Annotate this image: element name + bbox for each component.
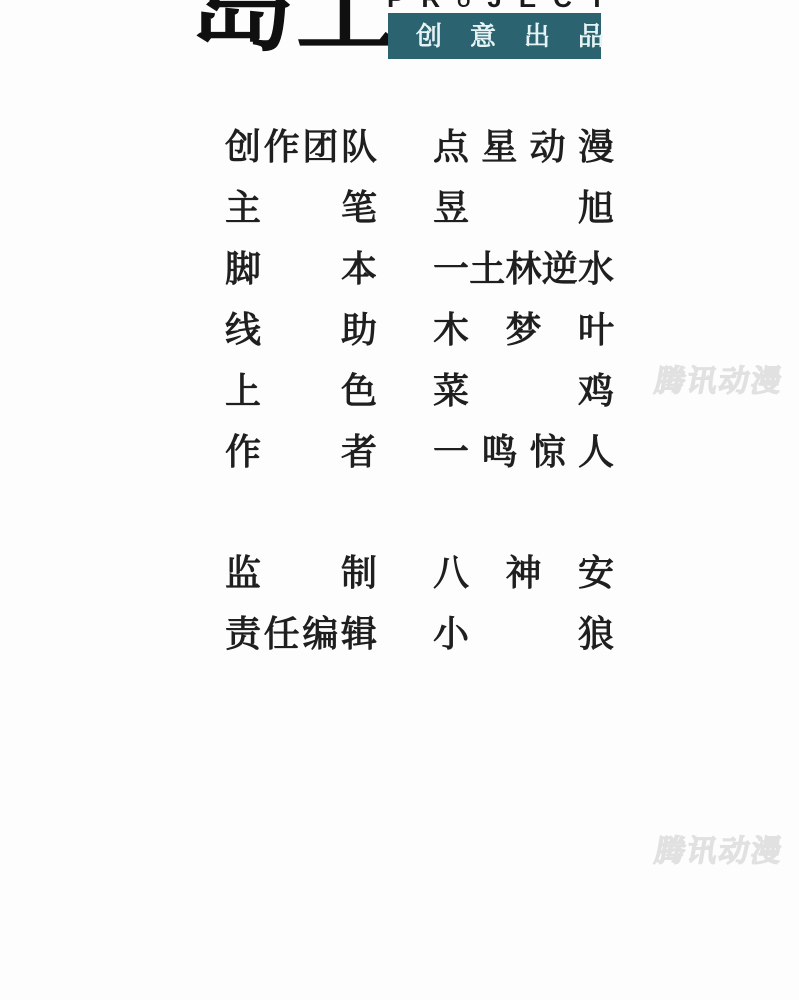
credit-role-label: 作者 bbox=[225, 422, 377, 482]
credit-person-name: 八神安 bbox=[433, 543, 614, 603]
comic-credits-page: 岛上 PROJECT 创意出品 创作团队点星动漫主笔昱旭脚本一土林逆水线助木梦叶… bbox=[0, 0, 799, 1000]
logo-project-suffix: JECT bbox=[487, 0, 621, 13]
logo-title: 岛上 bbox=[190, 0, 402, 58]
credit-role-label: 上色 bbox=[225, 361, 377, 421]
credit-row: 监制八神安 bbox=[225, 543, 614, 603]
credit-person-name: 昱旭 bbox=[433, 178, 614, 238]
credit-person-name: 菜鸡 bbox=[433, 361, 614, 421]
credit-row: 责任编辑小狼 bbox=[225, 604, 614, 664]
credit-person-name: 点星动漫 bbox=[433, 117, 614, 177]
credit-row: 脚本一土林逆水 bbox=[225, 239, 614, 299]
credit-row: 作者一鸣惊人 bbox=[225, 422, 614, 482]
credit-row: 创作团队点星动漫 bbox=[225, 117, 614, 177]
credit-role-label: 脚本 bbox=[225, 239, 377, 299]
credit-role-label: 监制 bbox=[225, 543, 377, 603]
logo-badge: 创意出品 bbox=[388, 13, 601, 59]
credit-role-label: 主笔 bbox=[225, 178, 377, 238]
credit-row: 上色菜鸡 bbox=[225, 361, 614, 421]
credit-role-label: 责任编辑 bbox=[225, 604, 377, 664]
credit-role-label: 创作团队 bbox=[225, 117, 377, 177]
logo-project-text: PROJECT bbox=[387, 0, 622, 11]
credit-person-name: 小狼 bbox=[433, 604, 614, 664]
credit-person-name: 一土林逆水 bbox=[433, 239, 614, 299]
credit-row: 线助木梦叶 bbox=[225, 300, 614, 360]
credit-role-label: 线助 bbox=[225, 300, 377, 360]
platform-watermark: 腾讯动漫 bbox=[652, 364, 786, 400]
credit-row: 主笔昱旭 bbox=[225, 178, 614, 238]
credit-person-name: 一鸣惊人 bbox=[433, 422, 614, 482]
credit-person-name: 木梦叶 bbox=[433, 300, 614, 360]
logo-project-o-glyph: O bbox=[457, 0, 487, 11]
platform-watermark: 腾讯动漫 bbox=[652, 834, 786, 870]
logo-project-prefix: PR bbox=[387, 0, 457, 13]
